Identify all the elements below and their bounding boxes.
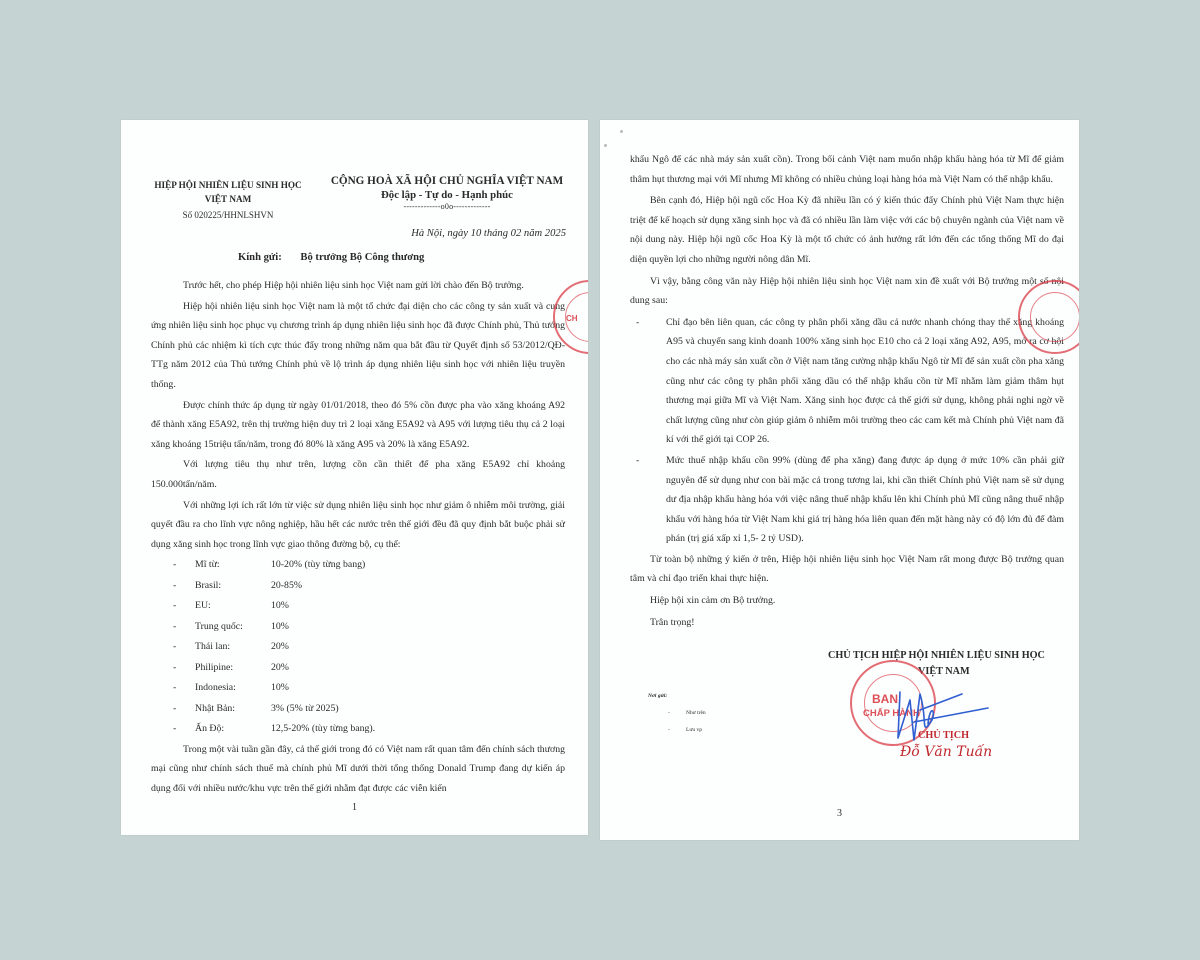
paragraph: Với những lợi ích rất lớn từ việc sử dụn… xyxy=(151,496,565,555)
country-name: Philipine: xyxy=(195,658,271,679)
paragraph: Hiệp hội xin cảm ơn Bộ trưởng. xyxy=(630,591,1064,611)
country-blend-rate: 20-85% xyxy=(271,576,302,597)
letter-body-page3: khẩu Ngô để các nhà máy sản xuất cồn). T… xyxy=(630,150,1064,634)
nation-title: CỘNG HOÀ XÃ HỘI CHỦ NGHĨA VIỆT NAM xyxy=(317,174,577,188)
stamp-text-fragment: CH xyxy=(566,314,578,323)
country-blend-rate: 3% (5% từ 2025) xyxy=(271,699,339,720)
country-item: -Brasil:20-85% xyxy=(173,576,565,597)
paragraph: Vì vậy, bằng công văn này Hiệp hội nhiên… xyxy=(630,272,1064,311)
page-number: 1 xyxy=(121,802,588,813)
recipient-item: -Như trên xyxy=(648,705,706,722)
country-blend-rate: 10% xyxy=(271,596,289,617)
paragraph: Bên cạnh đó, Hiệp hội ngũ cốc Hoa Kỳ đã … xyxy=(630,191,1064,269)
page-number: 3 xyxy=(600,808,1079,819)
addressee-label: Kính gửi: xyxy=(238,252,282,263)
country-item: -Philipine:20% xyxy=(173,658,565,679)
country-blend-rate: 20% xyxy=(271,658,289,679)
proposal-item: - Chỉ đạo bên liên quan, các công ty phâ… xyxy=(630,313,1064,450)
document-page-1: HIỆP HỘI NHIÊN LIỆU SINH HỌC VIỆT NAM Số… xyxy=(121,120,588,835)
country-item: -Mĩ từ:10-20% (tùy từng bang) xyxy=(173,555,565,576)
paragraph: Hiệp hội nhiên liệu sinh học Việt nam là… xyxy=(151,297,565,395)
date-line: Hà Nội, ngày 10 tháng 02 năm 2025 xyxy=(411,228,566,239)
country-name: Ấn Độ: xyxy=(195,719,271,740)
country-item: -Thái lan: 20% xyxy=(173,637,565,658)
nation-motto: Độc lập - Tự do - Hạnh phúc xyxy=(317,188,577,202)
signer-role: CHỦ TỊCH xyxy=(918,730,969,741)
country-item: -Indonesia:10% xyxy=(173,678,565,699)
addressee-recipient: Bộ trưởng Bộ Công thương xyxy=(300,252,424,263)
paragraph: Trong một vài tuần gần đây, cả thế giới … xyxy=(151,740,565,799)
country-blend-rate: 12,5-20% (tùy từng bang). xyxy=(271,719,375,740)
document-page-3: khẩu Ngô để các nhà máy sản xuất cồn). T… xyxy=(600,120,1079,840)
country-item: -Ấn Độ:12,5-20% (tùy từng bang). xyxy=(173,719,565,740)
recipients-block: Nơi gửi: -Như trên -Lưu vp xyxy=(648,688,706,739)
addressee: Kính gửi: Bộ trưởng Bộ Công thương xyxy=(238,252,440,263)
country-blend-rate: 10-20% (tùy từng bang) xyxy=(271,555,365,576)
recipients-label: Nơi gửi: xyxy=(648,688,706,705)
organization-header: HIỆP HỘI NHIÊN LIỆU SINH HỌC VIỆT NAM Số… xyxy=(143,178,313,222)
country-blend-list: -Mĩ từ:10-20% (tùy từng bang)-Brasil:20-… xyxy=(151,555,565,740)
country-name: Brasil: xyxy=(195,576,271,597)
national-header: CỘNG HOÀ XÃ HỘI CHỦ NGHĨA VIỆT NAM Độc l… xyxy=(317,174,577,212)
paragraph: khẩu Ngô để các nhà máy sản xuất cồn). T… xyxy=(630,150,1064,189)
letter-body-page1: Trước hết, cho phép Hiệp hội nhiên liệu … xyxy=(151,276,565,800)
country-item: -Trung quốc:10% xyxy=(173,617,565,638)
paragraph: Từ toàn bộ những ý kiến ở trên, Hiệp hội… xyxy=(630,550,1064,589)
header-separator: -------------o0o------------- xyxy=(317,202,577,212)
org-name-line1: HIỆP HỘI NHIÊN LIỆU SINH HỌC xyxy=(143,178,313,192)
signature-title: CHỦ TỊCH HIỆP HỘI NHIÊN LIỆU SINH HỌC xyxy=(828,650,1045,661)
country-blend-rate: 20% xyxy=(271,637,289,658)
paragraph: Được chính thức áp dụng từ ngày 01/01/20… xyxy=(151,396,565,455)
recipient-item: -Lưu vp xyxy=(648,722,706,739)
country-name: Thái lan: xyxy=(195,637,271,658)
country-name: Indonesia: xyxy=(195,678,271,699)
proposal-text: Mức thuế nhập khẩu cồn 99% (dùng để pha … xyxy=(666,451,1064,549)
paragraph: Trước hết, cho phép Hiệp hội nhiên liệu … xyxy=(151,276,565,296)
country-item: -EU:10% xyxy=(173,596,565,617)
country-name: EU: xyxy=(195,596,271,617)
country-item: -Nhật Bản:3% (5% từ 2025) xyxy=(173,699,565,720)
signer-name: Đỗ Văn Tuấn xyxy=(900,744,992,760)
paragraph: Với lượng tiêu thụ như trên, lượng cồn c… xyxy=(151,455,565,494)
paragraph: Trân trọng! xyxy=(630,613,1064,633)
country-name: Trung quốc: xyxy=(195,617,271,638)
proposal-text: Chỉ đạo bên liên quan, các công ty phân … xyxy=(666,313,1064,450)
org-name-line2: VIỆT NAM xyxy=(143,192,313,206)
country-name: Nhật Bản: xyxy=(195,699,271,720)
proposal-item: - Mức thuế nhập khẩu cồn 99% (dùng để ph… xyxy=(630,451,1064,549)
country-name: Mĩ từ: xyxy=(195,555,271,576)
country-blend-rate: 10% xyxy=(271,678,289,699)
document-number: Số 020225/HHNLSHVN xyxy=(143,208,313,222)
country-blend-rate: 10% xyxy=(271,617,289,638)
